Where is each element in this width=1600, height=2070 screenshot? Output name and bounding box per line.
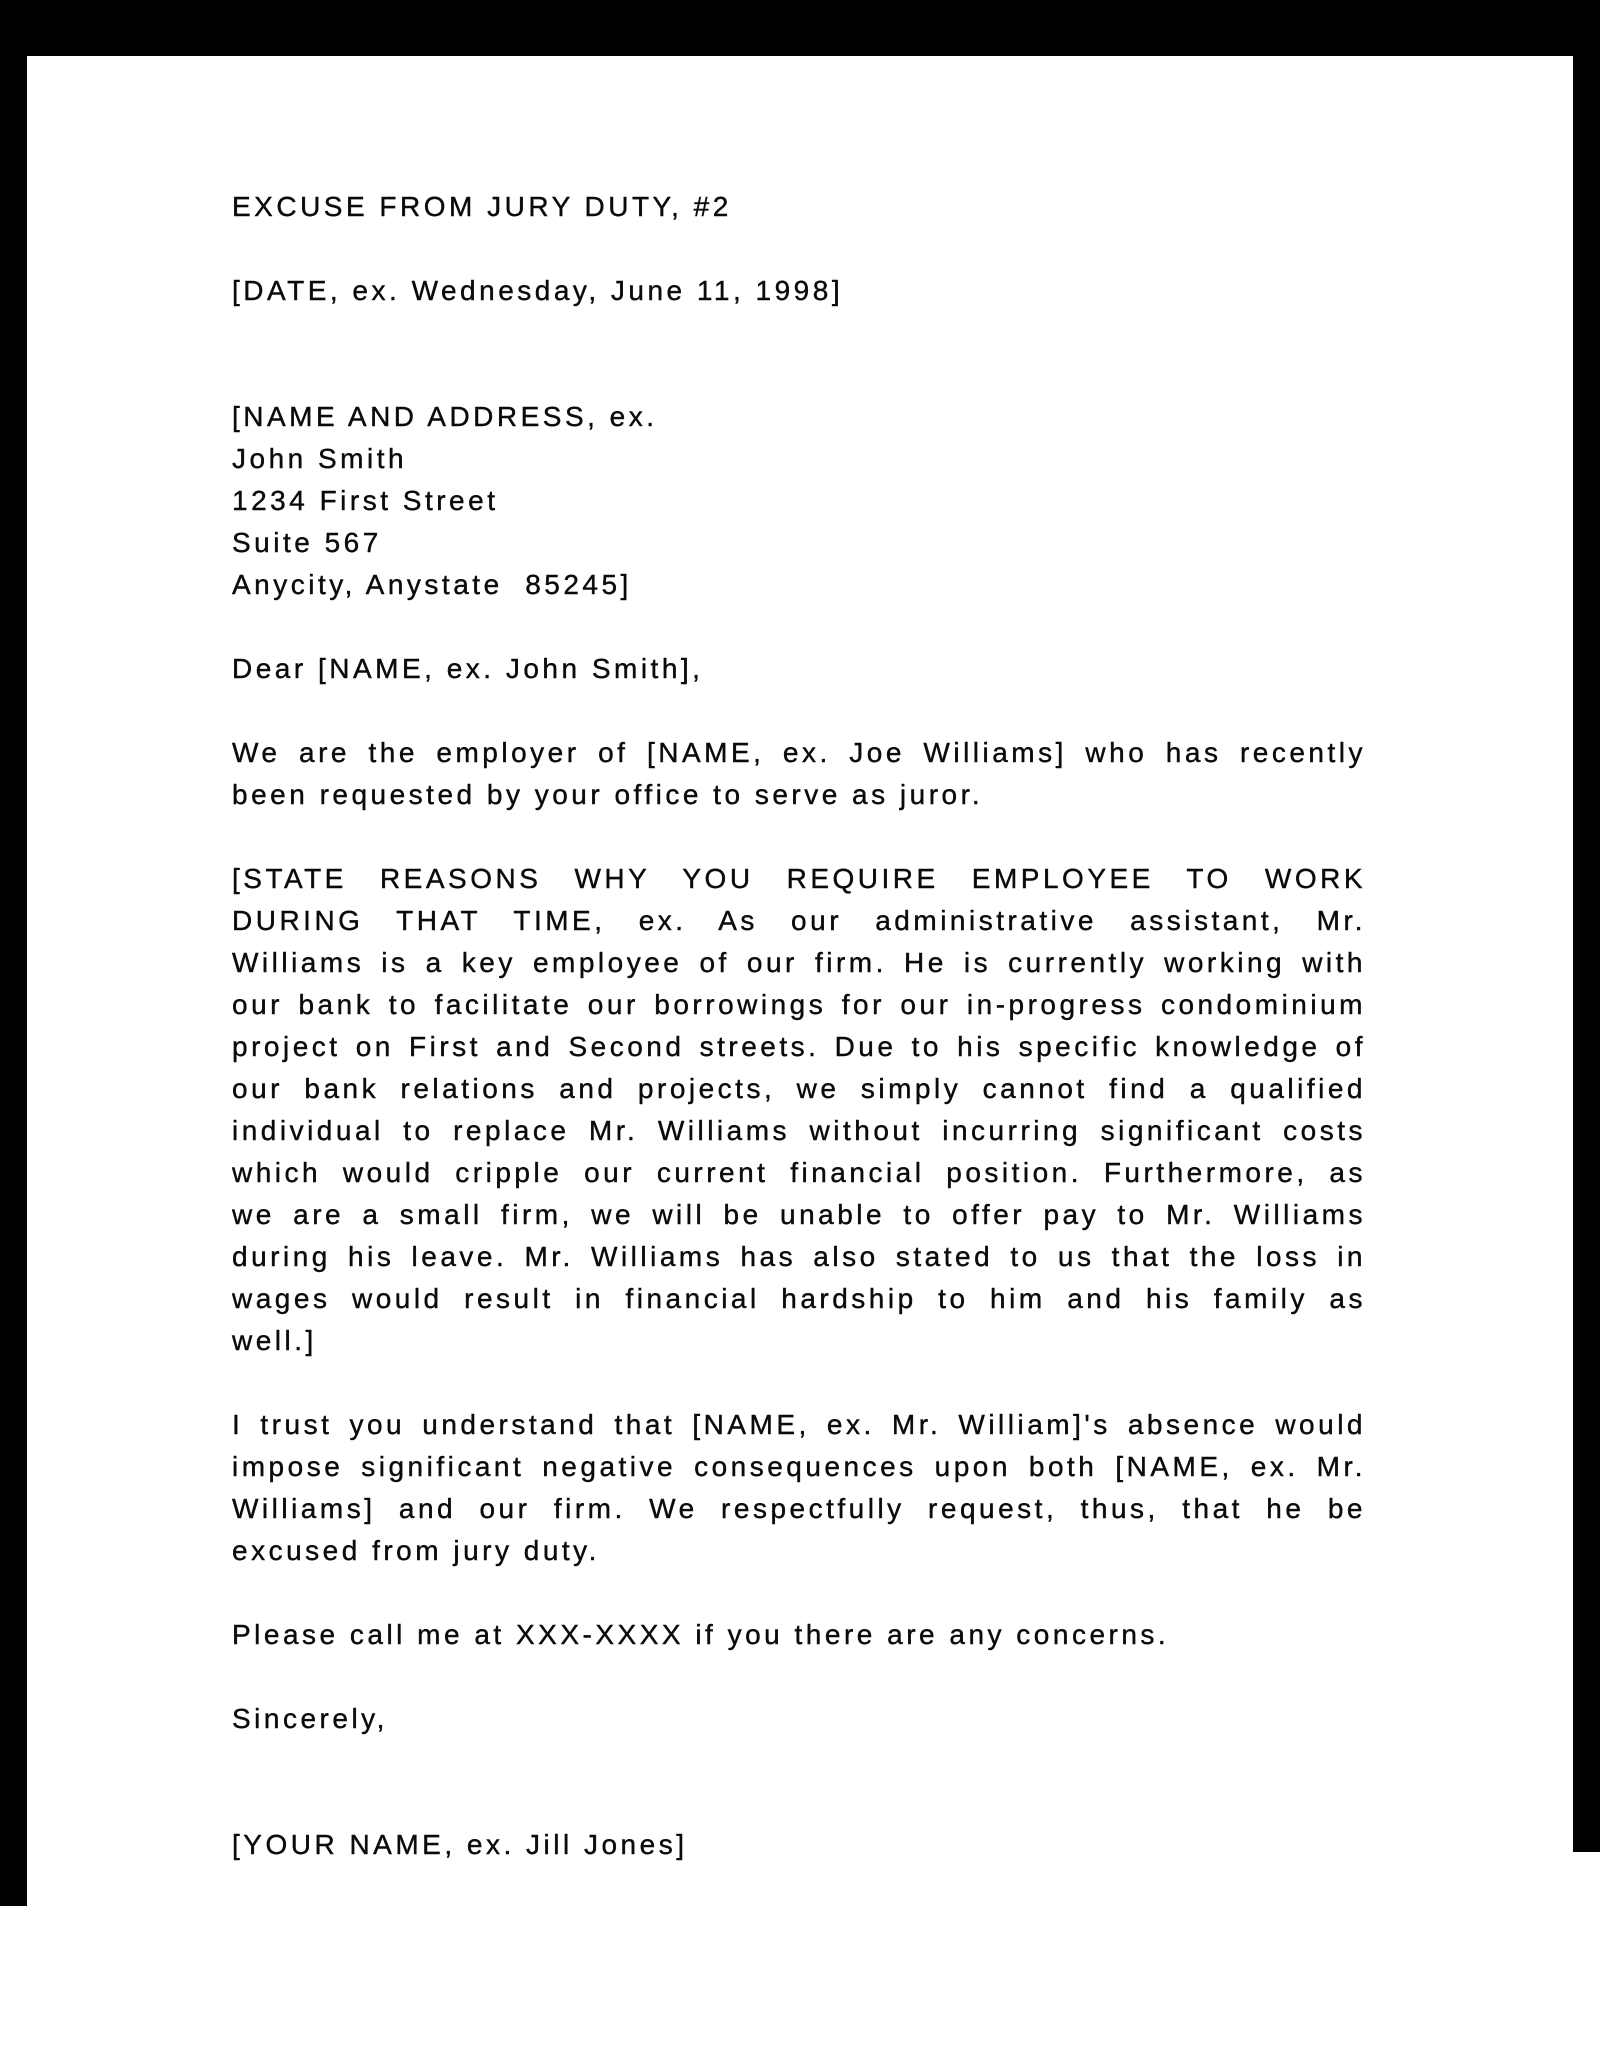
- paragraph-line: excused from jury duty.: [232, 1530, 1366, 1572]
- scan-border-right: [1573, 0, 1600, 1852]
- scanned-letter-page: EXCUSE FROM JURY DUTY, #2 [DATE, ex. Wed…: [0, 0, 1600, 2070]
- paragraph-line: which would cripple our current financia…: [232, 1152, 1366, 1194]
- address-name-line: John Smith: [232, 438, 1366, 480]
- body-paragraph-request: I trust you understand that [NAME, ex. M…: [232, 1404, 1366, 1572]
- signature-placeholder-line: [YOUR NAME, ex. Jill Jones]: [232, 1824, 1366, 1866]
- recipient-address-block: [NAME AND ADDRESS, ex. John Smith 1234 F…: [232, 396, 1366, 606]
- paragraph-line: impose significant negative consequences…: [232, 1446, 1366, 1488]
- phone-request-line: Please call me at XXX-XXXX if you there …: [232, 1614, 1366, 1656]
- closing-line: Sincerely,: [232, 1698, 1366, 1740]
- date-placeholder-line: [DATE, ex. Wednesday, June 11, 1998]: [232, 270, 1366, 312]
- paragraph-line: been requested by your office to serve a…: [232, 774, 1366, 816]
- paragraph-line: DURING THAT TIME, ex. As our administrat…: [232, 900, 1366, 942]
- paragraph-line: we are a small firm, we will be unable t…: [232, 1194, 1366, 1236]
- address-street-line: 1234 First Street: [232, 480, 1366, 522]
- paragraph-line: well.]: [232, 1320, 1366, 1362]
- scan-border-top: [0, 0, 1600, 56]
- body-paragraph-employer: We are the employer of [NAME, ex. Joe Wi…: [232, 732, 1366, 816]
- paragraph-line: wages would result in financial hardship…: [232, 1278, 1366, 1320]
- letter-body: EXCUSE FROM JURY DUTY, #2 [DATE, ex. Wed…: [232, 186, 1366, 1866]
- paragraph-line: our bank relations and projects, we simp…: [232, 1068, 1366, 1110]
- paragraph-line: I trust you understand that [NAME, ex. M…: [232, 1404, 1366, 1446]
- paragraph-line: our bank to facilitate our borrowings fo…: [232, 984, 1366, 1026]
- salutation-line: Dear [NAME, ex. John Smith],: [232, 648, 1366, 690]
- paragraph-line: during his leave. Mr. Williams has also …: [232, 1236, 1366, 1278]
- address-suite-line: Suite 567: [232, 522, 1366, 564]
- paragraph-line: Williams] and our firm. We respectfully …: [232, 1488, 1366, 1530]
- scan-border-left: [0, 0, 27, 1906]
- letter-title: EXCUSE FROM JURY DUTY, #2: [232, 186, 1366, 228]
- body-paragraph-reasons: [STATE REASONS WHY YOU REQUIRE EMPLOYEE …: [232, 858, 1366, 1362]
- paragraph-line: project on First and Second streets. Due…: [232, 1026, 1366, 1068]
- address-city-line: Anycity, Anystate 85245]: [232, 564, 1366, 606]
- paragraph-line: individual to replace Mr. Williams witho…: [232, 1110, 1366, 1152]
- address-intro-line: [NAME AND ADDRESS, ex.: [232, 396, 1366, 438]
- paragraph-line: [STATE REASONS WHY YOU REQUIRE EMPLOYEE …: [232, 858, 1366, 900]
- paragraph-line: Williams is a key employee of our firm. …: [232, 942, 1366, 984]
- paragraph-line: We are the employer of [NAME, ex. Joe Wi…: [232, 732, 1366, 774]
